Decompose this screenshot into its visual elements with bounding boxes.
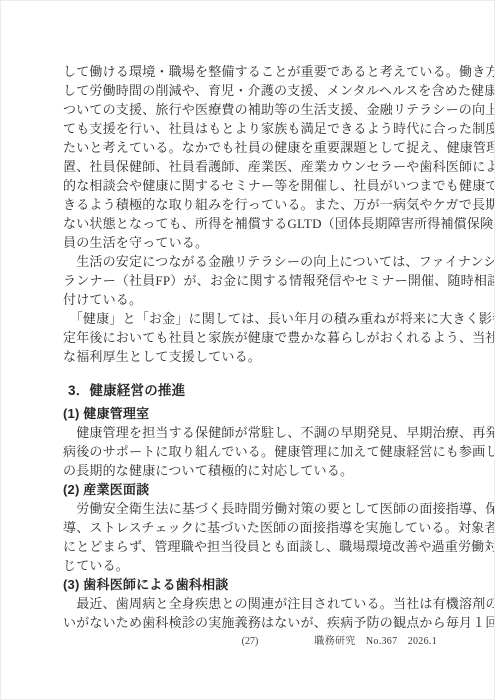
article-body: して働ける環境・職場を整備することが重要であると考えている。働き方改革として労働… [63,62,437,632]
text-line: ついての支援、旅行や医療費の補助等の生活支援、金融リテラシーの向上につい [63,100,437,119]
subsection-title: (1) 健康管理室 [63,404,437,423]
paragraph-continuation: して働ける環境・職場を整備することが重要であると考えている。働き方改革として労働… [63,62,437,252]
text-line: ランナー（社員FP）が、お金に関する情報発信やセミナー開催、随時相談を受け [63,271,437,290]
subsection-body: 健康管理を担当する保健師が常駐し、不調の早期発見、早期治療、再発防止、病後のサポ… [63,423,437,480]
paragraph-financial-literacy: 生活の安定につながる金融リテラシーの向上については、ファイナンシャルプランナー（… [63,252,437,309]
text-line: 付けている。 [63,290,437,309]
text-line: 的な相談会や健康に関するセミナー等を開催し、社員がいつまでも健康で生活で [63,176,437,195]
subsection-title: (3) 歯科医師による歯科相談 [63,575,437,594]
text-line: して働ける環境・職場を整備することが重要であると考えている。働き方改革と [63,62,437,81]
text-line: ない状態となっても、所得を補償するGLTD（団体長期障害所得補償保険）が社 [63,214,437,233]
text-line: の長期的な健康について積極的に対応している。 [63,461,437,480]
subsection-health-management-office: (1) 健康管理室 健康管理を担当する保健師が常駐し、不調の早期発見、早期治療、… [63,404,437,480]
page-footer: (27) 職務研究 No.367 2026.1 [63,634,437,650]
text-line: たいと考えている。なかでも社員の健康を重要課題として捉え、健康管理室の設 [63,138,437,157]
document-page: して働ける環境・職場を整備することが重要であると考えている。働き方改革として労働… [0,0,495,700]
text-line: 病後のサポートに取り組んでいる。健康管理に加えて健康経営にも参画し、社員 [63,442,437,461]
subsection-body: 最近、歯周病と全身疾患との関連が注目されている。当社は有機溶剤の取り扱いがないた… [63,594,437,632]
subsection-occupational-physician-interview: (2) 産業医面談 労働安全衛生法に基づく長時間労働対策の要として医師の面接指導… [63,480,437,575]
text-line: きるよう積極的な取り組みを行っている。また、万が一病気やケガで長期間働け [63,195,437,214]
subsection-body: 労働安全衛生法に基づく長時間労働対策の要として医師の面接指導、保健指導、ストレス… [63,499,437,575]
text-line: 最近、歯周病と全身疾患との関連が注目されている。当社は有機溶剤の取り扱 [63,594,437,613]
text-line: 員の生活を守っている。 [63,233,437,252]
paragraph-health-and-money: 「健康」と「お金」に関しては、長い年月の積み重ねが将来に大きく影響する。定年後に… [63,309,437,366]
text-line: 健康管理を担当する保健師が常駐し、不調の早期発見、早期治療、再発防止、 [63,423,437,442]
text-line: 「健康」と「お金」に関しては、長い年月の積み重ねが将来に大きく影響する。 [63,309,437,328]
text-line: ても支援を行い、社員はもとより家族も満足できるよう時代に合った制度を整え [63,119,437,138]
subsection-title: (2) 産業医面談 [63,480,437,499]
text-line: いがないため歯科検診の実施義務はないが、疾病予防の観点から毎月１回歯科医 [63,613,437,632]
journal-reference: 職務研究 No.367 2026.1 [314,634,437,650]
text-line: して労働時間の削減や、育児・介護の支援、メンタルヘルスを含めた健康管理に [63,81,437,100]
section-heading: 3．健康経営の推進 [63,381,437,400]
text-line: じている。 [63,556,437,575]
text-line: 生活の安定につながる金融リテラシーの向上については、ファイナンシャルプ [63,252,437,271]
text-line: 置、社員保健師、社員看護師、産業医、産業カウンセラーや歯科医師による定期 [63,157,437,176]
text-line: 労働安全衛生法に基づく長時間労働対策の要として医師の面接指導、保健指 [63,499,437,518]
text-line: 定年後においても社員と家族が健康で豊かな暮らしがおくれるよう、当社は重要 [63,328,437,347]
page-number: (27) [242,634,259,650]
text-line: にとどまらず、管理職や担当役員とも面談し、職場環境改善や過重労働対策を講 [63,537,437,556]
text-line: 導、ストレスチェックに基づいた医師の面接指導を実施している。対象者の面談 [63,518,437,537]
text-line: な福利厚生として支援している。 [63,347,437,366]
subsection-dental-consultation: (3) 歯科医師による歯科相談 最近、歯周病と全身疾患との関連が注目されている。… [63,575,437,632]
